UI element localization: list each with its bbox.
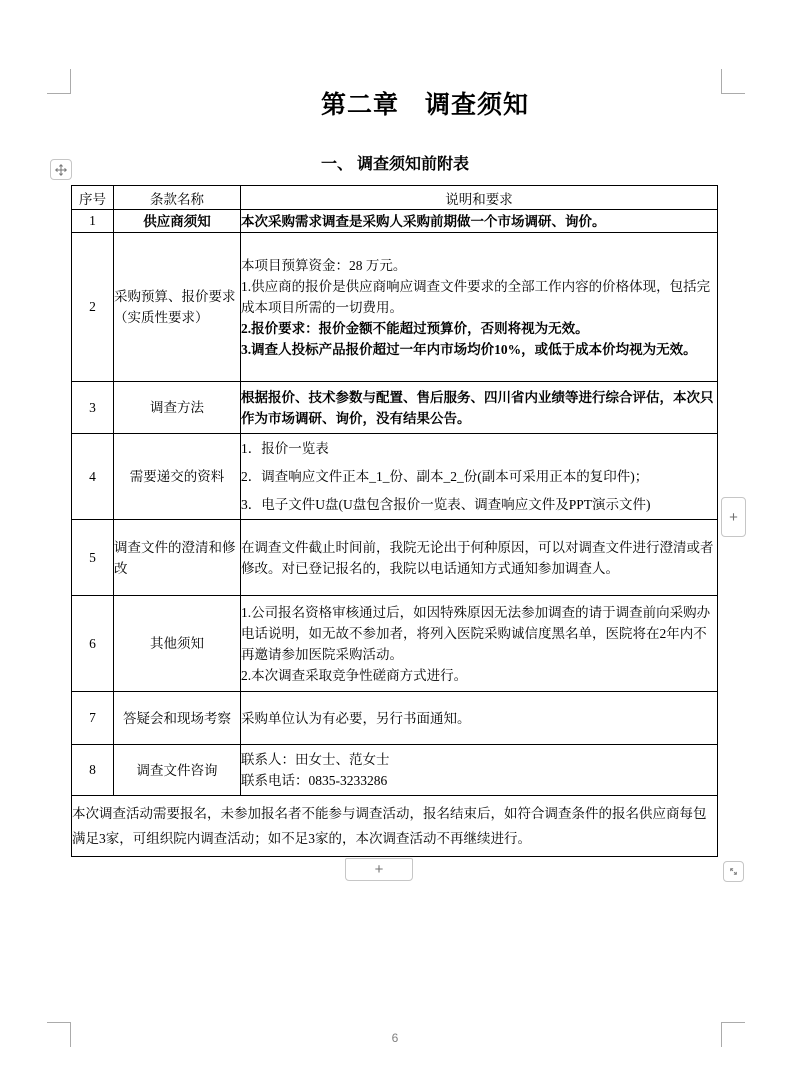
table-row: 1供应商须知本次采购需求调查是采购人采购前期做一个市场调研、询价。 [72,210,718,233]
column-header[interactable]: 序号 [72,186,114,210]
description-line: 2．调查响应文件正本_1_份、副本_2_份(副本可采用正本的复印件)； [241,463,717,491]
chapter-title: 第二章 调查须知 [60,85,790,121]
clause-name-cell[interactable]: 调查文件咨询 [114,745,241,796]
table-row: 3调查方法根据报价、技术参数与配置、售后服务、四川省内业绩等进行综合评估，本次只… [72,382,718,434]
description-line: 1．报价一览表 [241,435,717,463]
description-cell[interactable]: 根据报价、技术参数与配置、售后服务、四川省内业绩等进行综合评估，本次只作为市场调… [241,382,718,434]
description-cell[interactable]: 采购单位认为有必要，另行书面通知。 [241,692,718,745]
row-number-cell[interactable]: 3 [72,382,114,434]
table-row: 6其他须知1.公司报名资格审核通过后，如因特殊原因无法参加调查的请于调查前向采购… [72,596,718,692]
description-line: 1.公司报名资格审核通过后，如因特殊原因无法参加调查的请于调查前向采购办电话说明… [241,602,717,665]
description-line: 根据报价、技术参数与配置、售后服务、四川省内业绩等进行综合评估，本次只作为市场调… [241,387,717,429]
row-number-cell[interactable]: 5 [72,520,114,596]
clause-name-cell[interactable]: 供应商须知 [114,210,241,233]
description-cell[interactable]: 1.公司报名资格审核通过后，如因特殊原因无法参加调查的请于调查前向采购办电话说明… [241,596,718,692]
description-line: 联系电话：0835-3233286 [241,770,717,791]
description-cell[interactable]: 联系人：田女士、范女士联系电话：0835-3233286 [241,745,718,796]
row-number-cell[interactable]: 7 [72,692,114,745]
description-line: 在调查文件截止时间前，我院无论出于何种原因，可以对调查文件进行澄清或者修改。对已… [241,537,717,579]
row-number-cell[interactable]: 6 [72,596,114,692]
description-line: 联系人：田女士、范女士 [241,749,717,770]
add-row-button[interactable]: + [345,858,413,881]
description-line: 2.报价要求：报价金额不能超过预算价，否则将视为无效。 [241,318,717,339]
row-number-cell[interactable]: 1 [72,210,114,233]
description-line: 3.调查人投标产品报价超过一年内市场均价10%，或低于成本价均视为无效。 [241,339,717,360]
clause-name-cell[interactable]: 调查方法 [114,382,241,434]
description-line: 1.供应商的报价是供应商响应调查文件要求的全部工作内容的价格体现，包括完成本项目… [241,276,717,318]
table-row: 8调查文件咨询联系人：田女士、范女士联系电话：0835-3233286 [72,745,718,796]
description-line: 2.本次调查采取竞争性磋商方式进行。 [241,665,717,686]
document-page: 第二章 调查须知 一、 调查须知前附表 序号条款名称说明和要求 1供应商须知本次… [0,0,790,1066]
page-number: 6 [0,1031,790,1045]
column-header[interactable]: 条款名称 [114,186,241,210]
clause-name-cell[interactable]: 答疑会和现场考察 [114,692,241,745]
description-cell[interactable]: 1．报价一览表2．调查响应文件正本_1_份、副本_2_份(副本可采用正本的复印件… [241,434,718,520]
clause-name-cell[interactable]: 其他须知 [114,596,241,692]
footer-note-cell[interactable]: 本次调查活动需要报名，未参加报名者不能参与调查活动，报名结束后，如符合调查条件的… [72,796,718,857]
description-cell[interactable]: 本次采购需求调查是采购人采购前期做一个市场调研、询价。 [241,210,718,233]
plus-icon: + [375,861,384,878]
move-icon [54,163,68,177]
description-cell[interactable]: 在调查文件截止时间前，我院无论出于何种原因，可以对调查文件进行澄清或者修改。对已… [241,520,718,596]
table-resize-handle[interactable] [723,861,744,882]
description-line: 本次采购需求调查是采购人采购前期做一个市场调研、询价。 [241,211,717,232]
row-number-cell[interactable]: 2 [72,233,114,382]
row-number-cell[interactable]: 8 [72,745,114,796]
footer-note-row: 本次调查活动需要报名，未参加报名者不能参与调查活动，报名结束后，如符合调查条件的… [72,796,718,857]
survey-notice-table-wrapper: 序号条款名称说明和要求 1供应商须知本次采购需求调查是采购人采购前期做一个市场调… [71,185,718,857]
column-header[interactable]: 说明和要求 [241,186,718,210]
section-subtitle: 一、 调查须知前附表 [0,151,790,174]
survey-notice-table: 序号条款名称说明和要求 1供应商须知本次采购需求调查是采购人采购前期做一个市场调… [71,185,718,857]
diagonal-resize-icon [727,865,740,878]
table-row: 5调查文件的澄清和修改在调查文件截止时间前，我院无论出于何种原因，可以对调查文件… [72,520,718,596]
description-cell[interactable]: 本项目预算资金：28 万元。1.供应商的报价是供应商响应调查文件要求的全部工作内… [241,233,718,382]
description-line: 本项目预算资金：28 万元。 [241,255,717,276]
table-row: 7答疑会和现场考察采购单位认为有必要，另行书面通知。 [72,692,718,745]
table-row: 4需要递交的资料1．报价一览表2．调查响应文件正本_1_份、副本_2_份(副本可… [72,434,718,520]
table-header-row: 序号条款名称说明和要求 [72,186,718,210]
clause-name-cell[interactable]: 调查文件的澄清和修改 [114,520,241,596]
description-line: 3．电子文件U盘(U盘包含报价一览表、调查响应文件及PPT演示文件) [241,491,717,519]
table-row: 2采购预算、报价要求（实质性要求）本项目预算资金：28 万元。1.供应商的报价是… [72,233,718,382]
clause-name-cell[interactable]: 需要递交的资料 [114,434,241,520]
clause-name-cell[interactable]: 采购预算、报价要求（实质性要求） [114,233,241,382]
plus-icon: + [729,509,738,526]
table-move-handle[interactable] [50,159,72,180]
add-column-button[interactable]: + [721,497,746,537]
row-number-cell[interactable]: 4 [72,434,114,520]
description-line: 采购单位认为有必要，另行书面通知。 [241,708,717,729]
